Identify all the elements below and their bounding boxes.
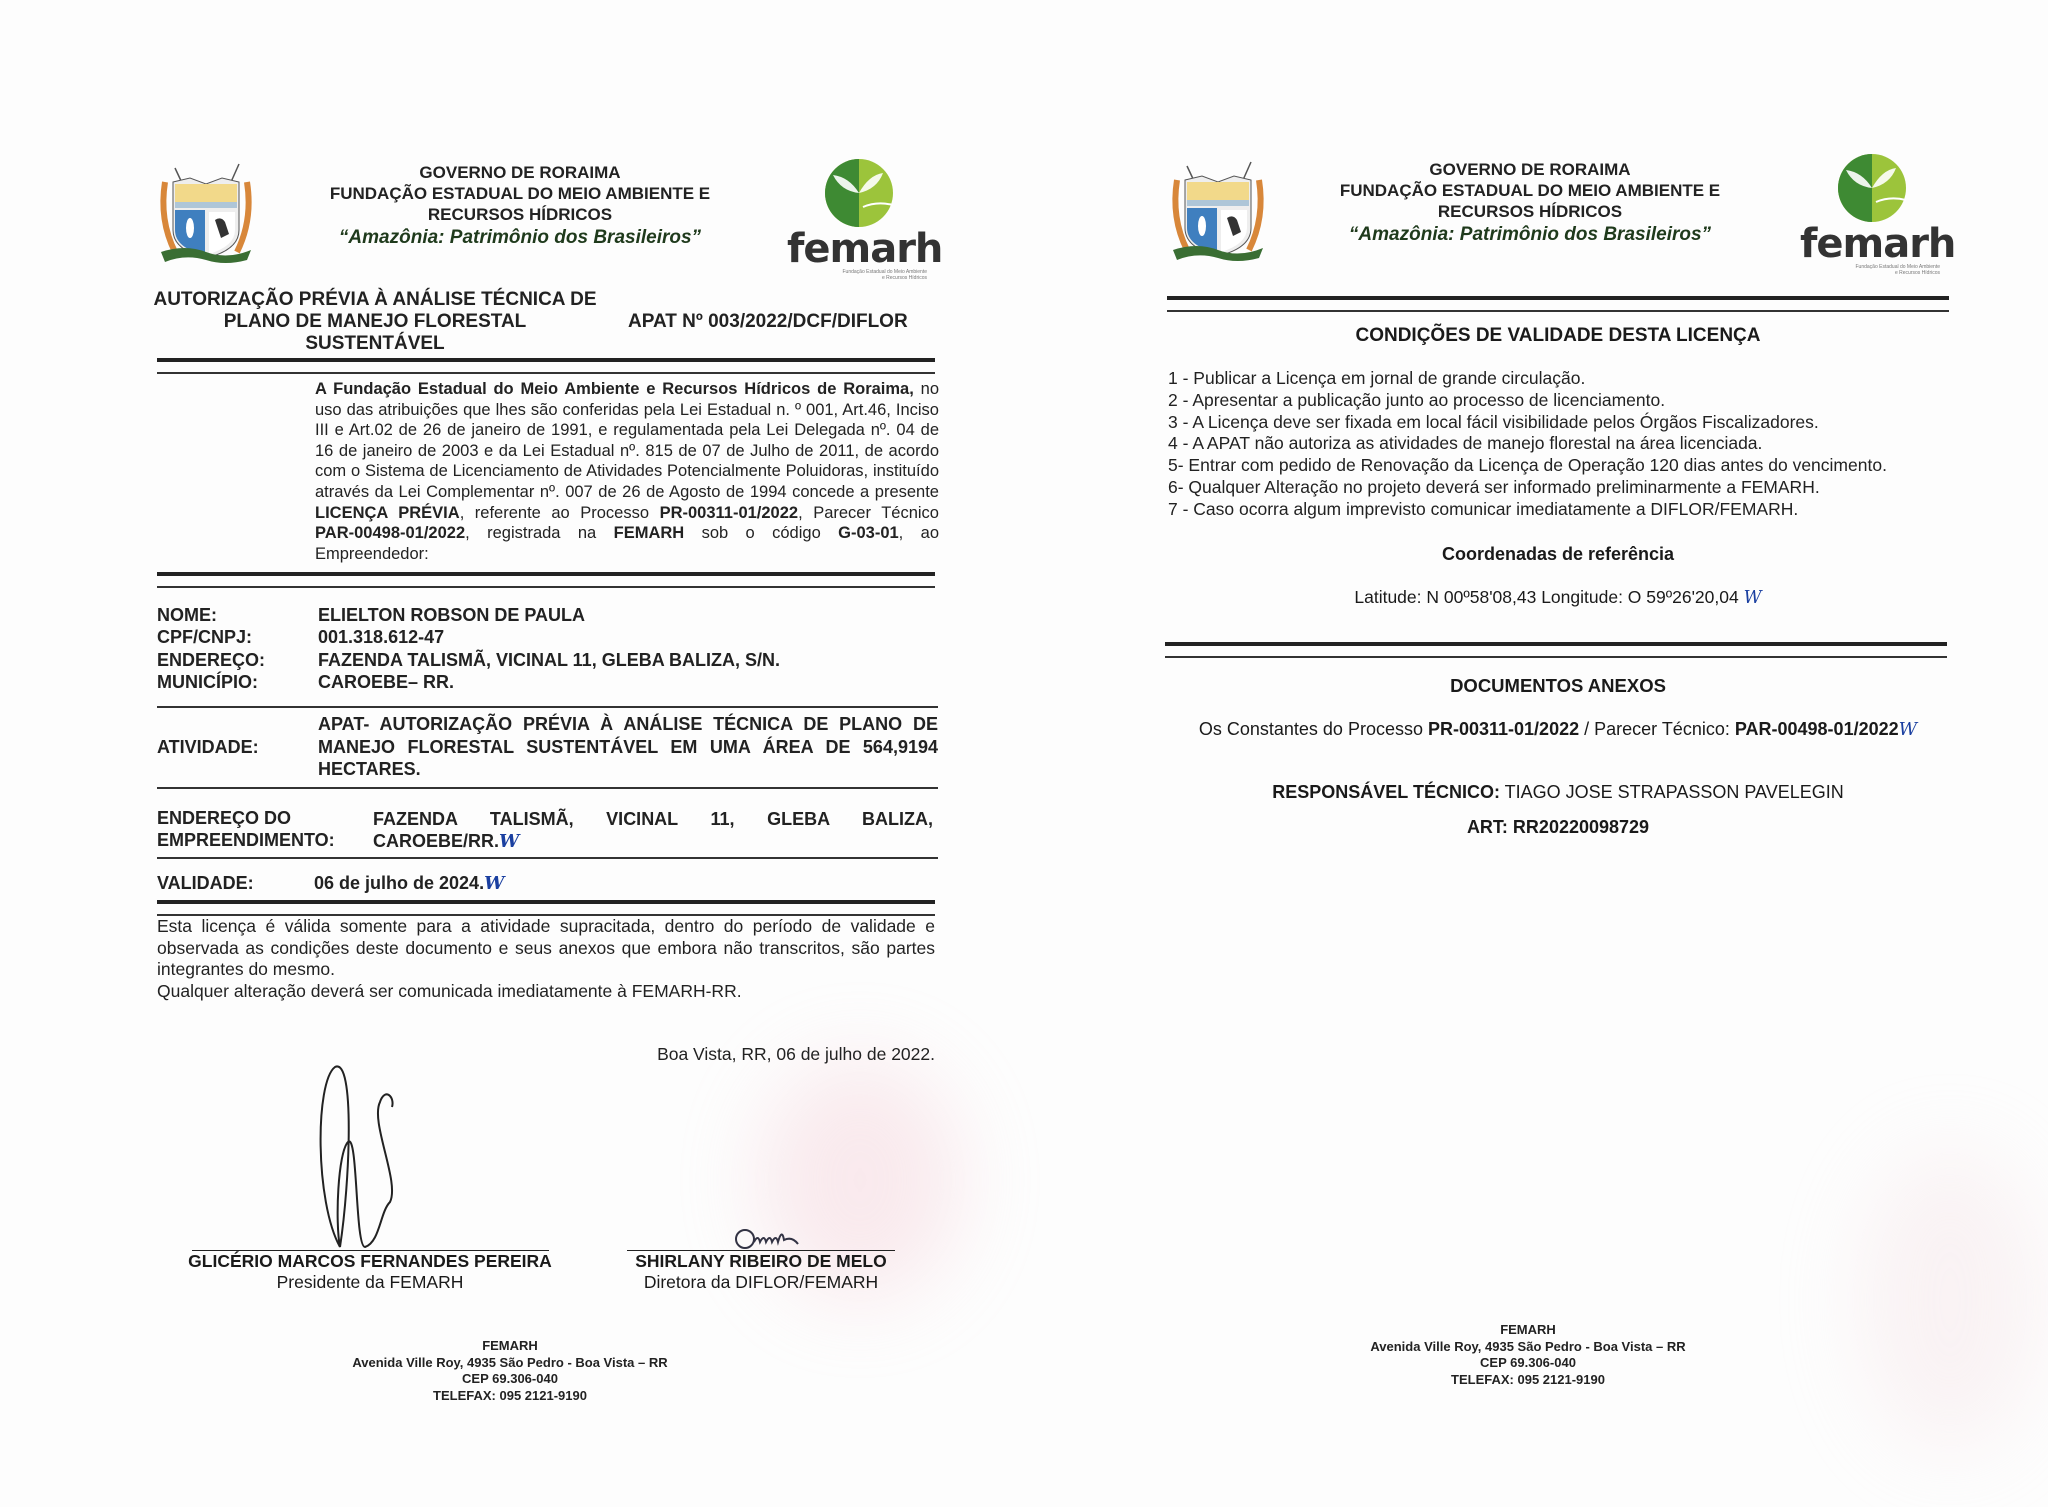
header-line: GOVERNO DE RORAIMA: [1310, 159, 1750, 180]
condition-item: 1 - Publicar a Licença em jornal de gran…: [1168, 368, 1968, 390]
document-title: AUTORIZAÇÃO PRÉVIA À ANÁLISE TÉCNICA DE …: [150, 289, 600, 355]
conditions-list: 1 - Publicar a Licença em jornal de gran…: [1168, 368, 1968, 521]
cpf-value: 001.318.612-47: [318, 627, 444, 648]
signatory-name: GLICÉRIO MARCOS FERNANDES PEREIRA: [170, 1251, 570, 1272]
place-date: Boa Vista, RR, 06 de julho de 2022.: [560, 1044, 935, 1065]
coords-text: Latitude: N 00º58'08,43 Longitude: O 59º…: [1354, 587, 1738, 607]
responsible-tech: RESPONSÁVEL TÉCNICO: TIAGO JOSE STRAPASS…: [1167, 782, 1949, 803]
logo-subtitle: e Recursos Hídricos: [787, 275, 927, 281]
logo-subtitle: e Recursos Hídricos: [1800, 270, 1940, 276]
footer-address: Avenida Ville Roy, 4935 São Pedro - Boa …: [1328, 1339, 1728, 1356]
femarh-logo: femarh Fundação Estadual do Meio Ambient…: [787, 157, 927, 281]
rule: [157, 857, 938, 859]
site-address-label: ENDEREÇO DO: [157, 808, 357, 829]
page-footer: FEMARH Avenida Ville Roy, 4935 São Pedro…: [1328, 1322, 1728, 1388]
initials-mark: W: [484, 873, 504, 894]
docs-text: Os Constantes do Processo: [1199, 719, 1428, 739]
coat-of-arms-icon: [155, 160, 257, 270]
closing-paragraph: Esta licença é válida somente para a ati…: [157, 916, 935, 1002]
docs-value: Os Constantes do Processo PR-00311-01/20…: [1167, 719, 1949, 740]
validity-date: 06 de julho de 2024.: [314, 873, 484, 893]
double-rule: [157, 358, 935, 374]
activity-value: APAT- AUTORIZAÇÃO PRÉVIA À ANÁLISE TÉCNI…: [318, 713, 938, 781]
intro-text: sob o código: [684, 524, 838, 542]
apat-number: APAT Nº 003/2022/DCF/DIFLOR: [628, 311, 918, 333]
signature-shirlany: [730, 1222, 830, 1252]
signatory-role: Presidente da FEMARH: [170, 1272, 570, 1293]
logo-wordmark: femarh: [787, 229, 927, 269]
site-address-value: FAZENDA TALISMÃ, VICINAL 11, GLEBA BALIZ…: [373, 808, 933, 853]
responsible-name: TIAGO JOSE STRAPASSON PAVELEGIN: [1500, 782, 1844, 802]
docs-title: DOCUMENTOS ANEXOS: [1167, 675, 1949, 697]
footer-address: Avenida Ville Roy, 4935 São Pedro - Boa …: [310, 1355, 710, 1372]
responsible-label: RESPONSÁVEL TÉCNICO:: [1272, 782, 1500, 802]
header-line: RECURSOS HÍDRICOS: [1310, 201, 1750, 222]
intro-text: , registrada na: [465, 524, 613, 542]
intro-text: , Parecer Técnico: [798, 504, 939, 522]
double-rule: [1167, 296, 1949, 312]
rule: [157, 706, 938, 708]
activity-label: ATIVIDADE:: [157, 737, 259, 758]
logo-wordmark: femarh: [1800, 224, 1940, 264]
intro-text: no uso das atribuições que lhes são conf…: [315, 380, 939, 501]
footer-phone: TELEFAX: 095 2121-9190: [1328, 1372, 1728, 1389]
validity-value: 06 de julho de 2024.W: [314, 873, 504, 894]
signatory-name: SHIRLANY RIBEIRO DE MELO: [600, 1251, 922, 1272]
municipality-label: MUNICÍPIO:: [157, 672, 258, 693]
condition-item: 7 - Caso ocorra algum imprevisto comunic…: [1168, 499, 1968, 521]
initials-mark: W: [1744, 588, 1762, 608]
header-motto: “Amazônia: Patrimônio dos Brasileiros”: [1310, 224, 1750, 245]
signature-glicerio: [310, 1062, 430, 1252]
initials-mark: W: [499, 831, 519, 852]
process-number: PR-00311-01/2022: [1428, 719, 1579, 739]
femarh-logo: femarh Fundação Estadual do Meio Ambient…: [1800, 152, 1940, 276]
leaf-logo-icon: [819, 157, 899, 229]
leaf-logo-icon: [1832, 152, 1912, 224]
address-label: ENDEREÇO:: [157, 650, 265, 671]
double-rule: [1165, 642, 1947, 658]
condition-item: 3 - A Licença deve ser fixada em local f…: [1168, 412, 1968, 434]
paper-stain: [1860, 1150, 2040, 1450]
validity-label: VALIDADE:: [157, 873, 254, 894]
header-line: FUNDAÇÃO ESTADUAL DO MEIO AMBIENTE E: [300, 183, 740, 204]
header-text: GOVERNO DE RORAIMA FUNDAÇÃO ESTADUAL DO …: [300, 162, 740, 248]
closing-notice: Qualquer alteração deverá ser comunicada…: [157, 981, 935, 1003]
header-line: RECURSOS HÍDRICOS: [300, 204, 740, 225]
rule: [157, 787, 938, 789]
header-text: GOVERNO DE RORAIMA FUNDAÇÃO ESTADUAL DO …: [1310, 159, 1750, 245]
header-motto: “Amazônia: Patrimônio dos Brasileiros”: [300, 227, 740, 248]
code: G-03-01: [838, 524, 899, 542]
parecer-number: PAR-00498-01/2022: [1735, 719, 1899, 739]
municipality-value: CAROEBE– RR.: [318, 672, 454, 693]
docs-text: / Parecer Técnico:: [1579, 719, 1735, 739]
header-line: FUNDAÇÃO ESTADUAL DO MEIO AMBIENTE E: [1310, 180, 1750, 201]
title-line: SUSTENTÁVEL: [150, 333, 600, 355]
process-number: PR-00311-01/2022: [660, 504, 799, 522]
org-name: FEMARH: [614, 524, 685, 542]
intro-paragraph: A Fundação Estadual do Meio Ambiente e R…: [315, 379, 939, 564]
footer-cep: CEP 69.306-040: [1328, 1355, 1728, 1372]
closing-text: Esta licença é válida somente para a ati…: [157, 916, 935, 981]
cpf-label: CPF/CNPJ:: [157, 627, 252, 648]
intro-text: , referente ao Processo: [460, 504, 660, 522]
site-address-text: FAZENDA TALISMÃ, VICINAL 11, GLEBA BALIZ…: [373, 809, 933, 851]
condition-item: 6- Qualquer Alteração no projeto deverá …: [1168, 477, 1968, 499]
title-line: PLANO DE MANEJO FLORESTAL: [150, 311, 600, 333]
initials-mark: W: [1899, 719, 1918, 740]
conditions-title: CONDIÇÕES DE VALIDADE DESTA LICENÇA: [1167, 325, 1949, 347]
license-type: LICENÇA PRÉVIA: [315, 504, 460, 522]
name-value: ELIELTON ROBSON DE PAULA: [318, 605, 585, 626]
coords-title: Coordenadas de referência: [1167, 544, 1949, 565]
condition-item: 5- Entrar com pedido de Renovação da Lic…: [1168, 455, 1968, 477]
address-value: FAZENDA TALISMÃ, VICINAL 11, GLEBA BALIZ…: [318, 650, 780, 671]
art-number: ART: RR20220098729: [1167, 817, 1949, 838]
condition-item: 2 - Apresentar a publicação junto ao pro…: [1168, 390, 1968, 412]
signatory-role: Diretora da DIFLOR/FEMARH: [600, 1272, 922, 1293]
page-footer: FEMARH Avenida Ville Roy, 4935 São Pedro…: [310, 1338, 710, 1404]
name-label: NOME:: [157, 605, 217, 626]
footer-org: FEMARH: [310, 1338, 710, 1355]
coords-value: Latitude: N 00º58'08,43 Longitude: O 59º…: [1167, 587, 1949, 608]
title-line: AUTORIZAÇÃO PRÉVIA À ANÁLISE TÉCNICA DE: [150, 289, 600, 311]
header-line: GOVERNO DE RORAIMA: [300, 162, 740, 183]
footer-cep: CEP 69.306-040: [310, 1371, 710, 1388]
intro-lead: A Fundação Estadual do Meio Ambiente e R…: [315, 380, 914, 398]
condition-item: 4 - A APAT não autoriza as atividades de…: [1168, 433, 1968, 455]
site-address-label: EMPREENDIMENTO:: [157, 830, 335, 851]
parecer-number: PAR-00498-01/2022: [315, 524, 465, 542]
double-rule: [157, 900, 935, 916]
double-rule: [157, 572, 935, 588]
coat-of-arms-icon: [1167, 158, 1269, 268]
footer-phone: TELEFAX: 095 2121-9190: [310, 1388, 710, 1405]
footer-org: FEMARH: [1328, 1322, 1728, 1339]
